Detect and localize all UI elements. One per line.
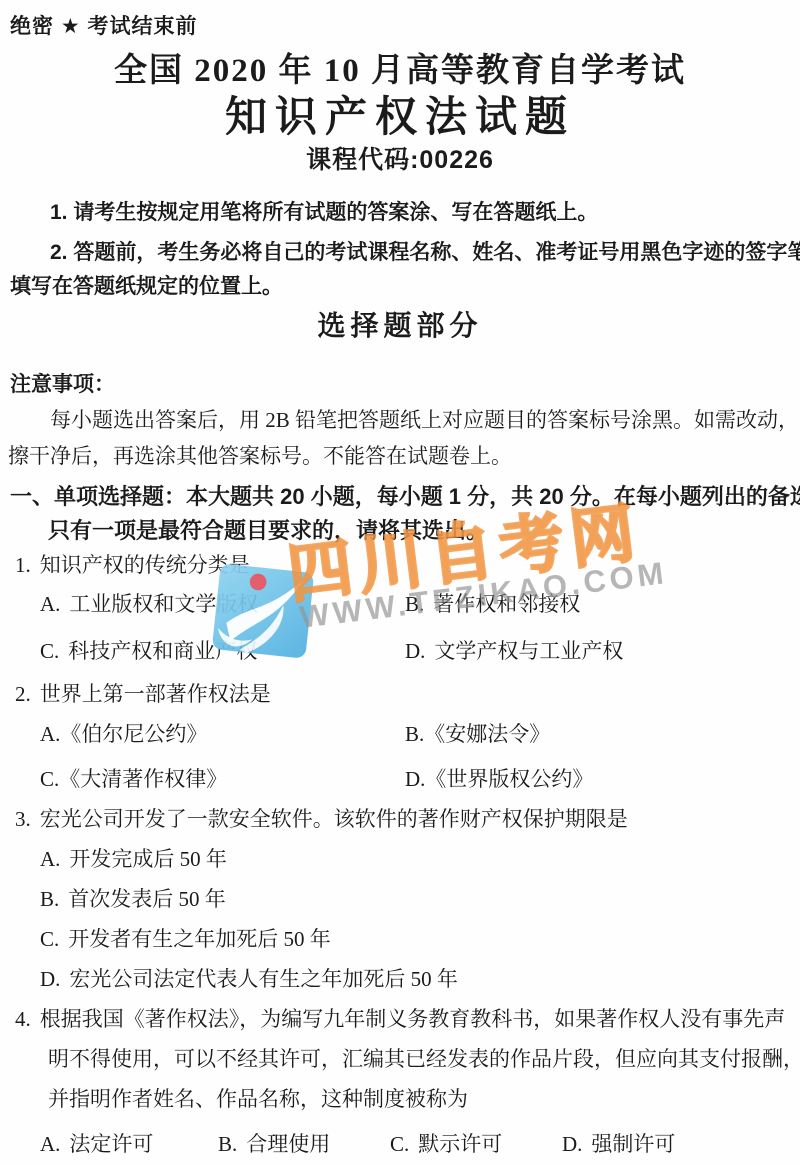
option-label: B. [405,592,424,617]
question-4-stem-line-3: 并指明作者姓名、作品名称，这种制度被称为 [48,1083,468,1113]
option-text: 强制许可 [591,1132,675,1156]
question-2-option-b: B.《安娜法令》 [405,718,550,748]
option-text: 合理使用 [246,1132,330,1156]
section-title: 选择题部分 [0,304,800,344]
option-label: D. [405,767,425,792]
exam-paper-page: 绝密 ★ 考试结束前 全国 2020 年 10 月高等教育自学考试 知识产权法试… [0,0,800,1165]
question-4-option-b: B.合理使用 [218,1128,330,1158]
question-1-option-c: C.科技产权和商业产权 [40,635,257,665]
question-1-option-d: D.文学产权与工业产权 [405,635,623,665]
question-text: 根据我国《著作权法》，为编写九年制义务教育教科书，如果著作权人没有事先声 [40,1007,786,1031]
question-3-option-d: D.宏光公司法定代表人有生之年加死后 50 年 [40,963,458,993]
option-label: C. [390,1132,409,1157]
question-4-option-c: C.默示许可 [390,1128,502,1158]
question-4-stem-line-1: 4.根据我国《著作权法》，为编写九年制义务教育教科书，如果著作权人没有事先声 [15,1003,785,1033]
question-2-stem: 2.世界上第一部著作权法是 [15,678,271,708]
option-label: A. [40,722,60,747]
notice-line-2: 擦干净后，再选涂其他答案标号。不能答在试题卷上。 [8,440,512,470]
option-label: D. [562,1132,582,1157]
option-text: 科技产权和商业产权 [68,639,257,663]
part-one-header-line-2: 只有一项是最符合题目要求的，请将其选出。 [48,514,488,545]
notice-title: 注意事项： [10,368,115,398]
question-4-option-d: D.强制许可 [562,1128,675,1158]
option-text: 首次发表后 50 年 [68,887,226,911]
option-label: C. [40,767,59,792]
star-icon: ★ [61,15,81,38]
paper-title: 知识产权法试题 [0,84,800,144]
option-label: B. [218,1132,237,1157]
question-number: 4. [15,1007,31,1032]
option-label: C. [40,927,59,952]
question-number: 1. [15,553,31,578]
option-label: A. [40,847,60,872]
question-2-option-a: A.《伯尔尼公约》 [40,718,207,748]
instruction-line-3: 填写在答题纸规定的位置上。 [10,270,283,300]
option-text: 默示许可 [418,1132,502,1156]
question-text: 世界上第一部著作权法是 [40,682,271,706]
option-label: B. [40,887,59,912]
instruction-line-2: 2. 答题前，考生务必将自己的考试课程名称、姓名、准考证号用黑色字迹的签字笔或钢… [50,236,800,266]
notice-line-1: 每小题选出答案后，用 2B 铅笔把答题纸上对应题目的答案标号涂黑。如需改动，用橡… [50,404,800,434]
question-number: 3. [15,807,31,832]
question-number: 2. [15,682,31,707]
option-text: 《大清著作权律》 [59,767,227,791]
question-3-option-a: A.开发完成后 50 年 [40,843,227,873]
question-1-stem: 1.知识产权的传统分类是 [15,549,250,579]
classification-label: 绝密 [10,15,54,38]
option-label: B. [405,722,424,747]
question-3-option-c: C.开发者有生之年加死后 50 年 [40,923,331,953]
option-text: 《伯尔尼公约》 [60,722,207,746]
option-label: C. [40,639,59,664]
question-2-option-d: D.《世界版权公约》 [405,763,593,793]
option-text: 开发完成后 50 年 [69,847,227,871]
option-text: 开发者有生之年加死后 50 年 [68,927,331,951]
option-text: 法定许可 [69,1132,153,1156]
question-1-option-a: A.工业版权和文学版权 [40,588,258,618]
question-2-option-c: C.《大清著作权律》 [40,763,227,793]
option-label: D. [40,967,60,992]
option-label: A. [40,592,60,617]
option-text: 宏光公司法定代表人有生之年加死后 50 年 [69,967,458,991]
part-one-header-line-1: 一、单项选择题：本大题共 20 小题，每小题 1 分，共 20 分。在每小题列出… [10,480,800,511]
question-text: 宏光公司开发了一款安全软件。该软件的著作财产权保护期限是 [40,807,628,831]
instruction-line-1: 1. 请考生按规定用笔将所有试题的答案涂、写在答题纸上。 [50,196,598,226]
option-label: A. [40,1132,60,1157]
option-text: 《世界版权公约》 [425,767,593,791]
option-text: 《安娜法令》 [424,722,550,746]
question-4-option-a: A.法定许可 [40,1128,153,1158]
option-text: 工业版权和文学版权 [69,592,258,616]
question-4-stem-line-2: 明不得使用，可以不经其许可，汇编其已经发表的作品片段，但应向其支付报酬， [48,1043,800,1073]
option-text: 著作权和邻接权 [433,592,580,616]
option-text: 文学产权与工业产权 [434,639,623,663]
classification-note: 考试结束前 [88,15,198,38]
course-code: 课程代码:00226 [0,140,800,176]
option-label: D. [405,639,425,664]
question-text: 知识产权的传统分类是 [40,553,250,577]
question-3-stem: 3.宏光公司开发了一款安全软件。该软件的著作财产权保护期限是 [15,803,628,833]
question-1-option-b: B.著作权和邻接权 [405,588,580,618]
security-classification: 绝密 ★ 考试结束前 [10,10,198,40]
question-3-option-b: B.首次发表后 50 年 [40,883,226,913]
